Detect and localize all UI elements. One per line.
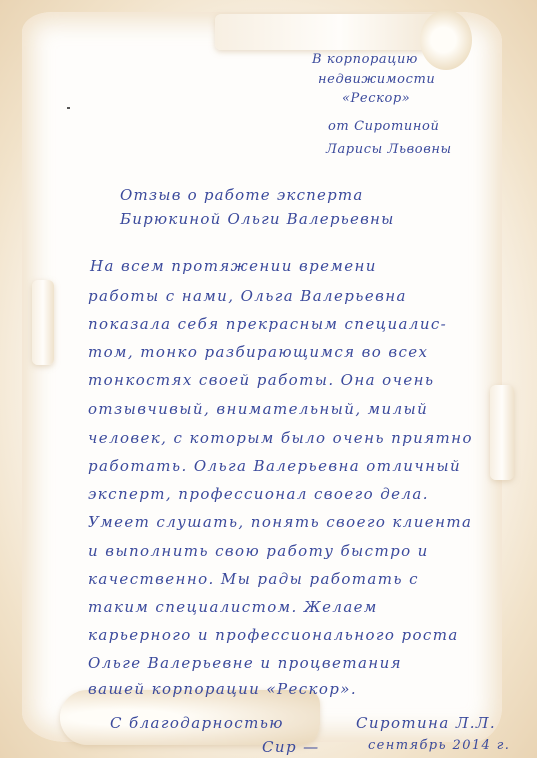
addressee-line: недвижимости: [318, 72, 435, 87]
body-line: работы с нами, Ольга Валерьевна: [88, 287, 407, 305]
letter-date: сентябрь 2014 г.: [368, 738, 510, 753]
scroll-roll-left: [32, 280, 54, 365]
body-line: На всем протяжении времени: [90, 257, 377, 275]
body-line: карьерного и профессионального роста: [88, 626, 459, 644]
body-line: эксперт, профессионал своего дела.: [88, 485, 429, 503]
body-line: показала себя прекрасным специалис-: [88, 315, 447, 333]
body-line: том, тонко разбирающимся во всех: [88, 343, 428, 361]
body-line: вашей корпорации «Рескор».: [88, 680, 357, 698]
body-line: Умеет слушать, понять своего клиента: [88, 513, 472, 531]
body-line: работать. Ольга Валерьевна отличный: [88, 457, 461, 475]
signer-name: Сиротина Л.Л.: [356, 714, 496, 732]
sender-line: от Сиротиной: [328, 119, 439, 134]
body-line: Ольге Валерьевне и процветания: [88, 654, 402, 672]
scroll-roll-top-end: [420, 10, 472, 70]
scroll-roll-right: [490, 385, 514, 480]
body-line: тонкостях своей работы. Она очень: [88, 371, 434, 389]
body-line: качественно. Мы рады работать с: [88, 570, 419, 588]
signature: Сир —: [262, 738, 320, 756]
closing-text: С благодарностью: [110, 714, 284, 732]
sender-line: Ларисы Львовны: [326, 142, 452, 157]
stray-mark: [67, 107, 70, 109]
addressee-line: В корпорацию: [312, 52, 418, 67]
body-line: отзывчивый, внимательный, милый: [88, 400, 428, 418]
body-line: таким специалистом. Желаем: [88, 598, 378, 616]
addressee-line: «Рескор»: [342, 91, 410, 106]
body-line: и выполнить свою работу быстро и: [88, 542, 429, 560]
title-line: Отзыв о работе эксперта: [120, 186, 363, 204]
body-line: человек, с которым было очень приятно: [88, 429, 473, 447]
title-line: Бирюкиной Ольги Валерьевны: [120, 210, 395, 228]
